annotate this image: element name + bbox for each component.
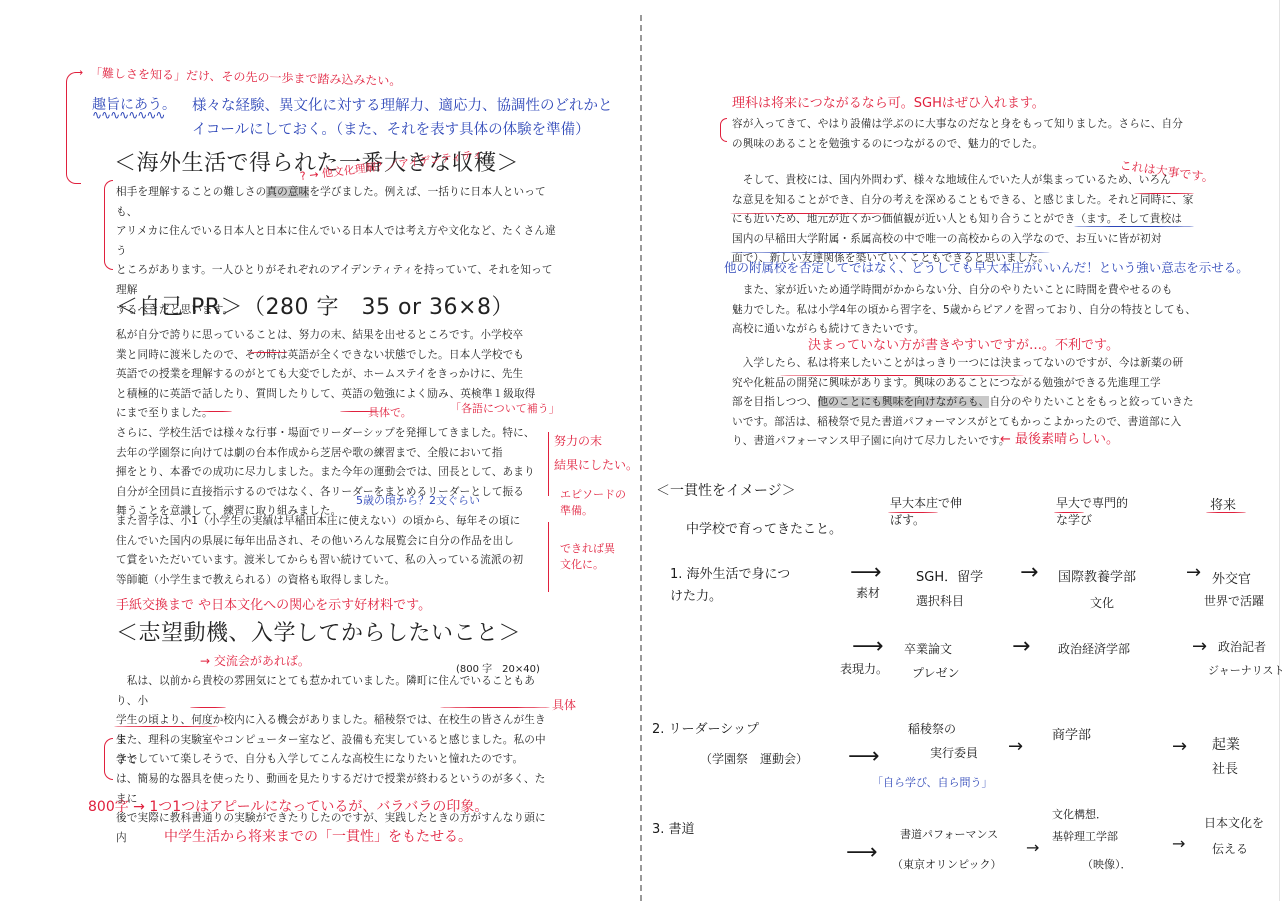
annotation-science-sgh: 理科は将来につながるなら可。SGHはぜひ入れます。 xyxy=(732,92,1045,111)
plan-row2-step1a: 稲稜祭の xyxy=(908,720,956,737)
plan-row2-step3a: 起業 xyxy=(1212,734,1240,754)
annotation-bottom-red: 手紙交換まで や日本文化への関心を示す好材料です。 xyxy=(116,594,431,613)
arrow-right-icon: ⟶ xyxy=(846,840,878,865)
plan-row1b-step2: 政治経済学部 xyxy=(1058,640,1130,657)
annotation-blue-age: 5歳の頃から？2文ぐらい xyxy=(356,492,480,508)
arrow-right-icon: → xyxy=(1192,636,1207,657)
arrow-right-icon: → xyxy=(1026,838,1039,857)
red-bracket-section1 xyxy=(104,180,113,270)
plan-row2-label: 2. リーダーシップ xyxy=(652,718,759,737)
wavy-underline: ∿∿∿∿∿∿∿∿ xyxy=(92,108,164,122)
plan-row2-step3b: 社長 xyxy=(1212,758,1238,777)
underline-zaikousei xyxy=(440,707,550,708)
annotation-gutai: 具体で。 xyxy=(368,404,412,420)
plan-row1-label: 1. 海外生活で身につけた力。 xyxy=(670,564,800,608)
annotation-consistency: 中学生活から将来までの「一貫性」をもたせる。 xyxy=(164,826,472,846)
underline-ironna xyxy=(1134,193,1194,194)
annotation-side-effort: 努力の末 xyxy=(554,432,602,449)
self-pr-paragraph-2: さらに、学校生活では様々な行事・場面でリーダーシップを発揮してきました。特に、 … xyxy=(116,424,556,522)
red-bracket-section3 xyxy=(104,738,113,780)
right-paragraph-3: また、家が近いため通学時間がかからない分、自分のやりたいことに時間を費やせるのも… xyxy=(732,281,1232,340)
annotation-blue-honjo: 他の附属校を否定してではなく、どうしても早大本庄がいいんだ！という強い意志を示せ… xyxy=(724,258,1249,276)
underline-tanoshisou xyxy=(114,726,218,727)
blue-underline-kokunai xyxy=(730,252,1050,253)
page-edge xyxy=(1279,0,1280,901)
plan-col-waseda: 早大で専門的な学び xyxy=(1056,494,1136,528)
annotation-undecided: 決まっていない方が書きやすいですが…。不利です。 xyxy=(808,334,1119,353)
plan-row1b-step3b: ジャーナリスト xyxy=(1208,662,1284,678)
annotation-kakugo: 「各語について補う」 xyxy=(450,400,560,416)
plan-row1-step2a: 国際教養学部 xyxy=(1058,566,1136,585)
plan-row2-step2: 商学部 xyxy=(1052,724,1091,743)
plan-row1-step3b: 世界で活躍 xyxy=(1204,592,1264,609)
section-heading-self-pr: ＜自己 PR＞（280 字 35 or 36×8） xyxy=(116,290,514,321)
arrow-right-icon: → xyxy=(1172,736,1187,757)
plan-row3-step2a: 文化構想． xyxy=(1052,806,1107,822)
plan-row3-step3b: 伝える xyxy=(1212,840,1248,857)
arrow-right-icon: → xyxy=(1012,634,1030,659)
underline-future xyxy=(1206,512,1246,513)
arrow-right-icon: → xyxy=(1186,562,1201,583)
section-heading-motivation: ＜志望動機、入学してからしたいこと＞ xyxy=(116,616,521,647)
annotation-blue-line2: イコールにしておく。（また、それを表す具体の体験を準備） xyxy=(192,118,590,139)
plan-row3-label: 3. 書道 xyxy=(652,818,695,837)
plan-row1-step2b: 文化 xyxy=(1090,594,1114,611)
plan-row3-step1b: （東京オリンピック） xyxy=(892,856,1002,872)
plan-col-honjo: 早大本庄で伸ばす。 xyxy=(890,494,970,528)
blue-underline-kikou xyxy=(1074,226,1194,227)
annotation-excellent-ending: ← 最後素晴らしい。 xyxy=(1000,428,1119,447)
annotation-side-result: 結果にしたい。 xyxy=(554,456,638,473)
arrow-right-icon: ⟶ xyxy=(848,744,880,769)
annotation-gutai-side: 具体 xyxy=(552,696,576,713)
plan-subtitle: 中学校で育ってきたこと。 xyxy=(686,518,842,537)
arrow-right-icon: ⟶ xyxy=(852,634,884,659)
red-side-line-2 xyxy=(548,522,549,592)
arrow-right-icon: → xyxy=(1172,834,1185,853)
right-paragraph-2: そして、貴校には、国内外問わず、様々な地域住んでいた人が集まっているため、いろん… xyxy=(732,171,1232,269)
plan-row2-step1b: 実行委員 xyxy=(930,744,978,761)
red-side-line-1 xyxy=(548,432,549,496)
red-arrow-icon: → xyxy=(74,66,83,79)
underline-iken xyxy=(730,213,894,214)
self-pr-paragraph-3: また習字は、小1（小学生の実績は早稲田本庄に使えない）の頃から、毎年その頃に 住… xyxy=(116,512,556,590)
annotation-side-episode: エピソードの準備。 xyxy=(560,486,630,518)
plan-row2-sub: （学園祭 運動会） xyxy=(700,750,808,767)
plan-row1b-step1a: 卒業論文 xyxy=(904,640,952,657)
annotation-top-red: 「難しさを知る」だけ、その先の一歩まで踏み込みたい。 xyxy=(90,64,402,89)
underline-honjo xyxy=(888,512,938,513)
arrow-right-icon: → xyxy=(1008,736,1023,757)
annotation-side-culture: できれば異文化に。 xyxy=(560,540,624,572)
plan-row3-step2c: （映像）． xyxy=(1082,856,1132,872)
plan-row1-step1a: SGH．留学 xyxy=(916,566,983,585)
strike-eigo-de xyxy=(200,411,232,412)
plan-row1-step3a: 外交官 xyxy=(1212,568,1251,587)
plan-title: ＜一貫性をイメージ＞ xyxy=(656,480,796,500)
annotation-blue-line1: 様々な経験、異文化に対する理解力、適応力、協調性のどれかと xyxy=(192,94,613,115)
arrow-right-icon: → xyxy=(1020,560,1038,585)
right-paragraph-1: 容が入ってきて、やはり設備は学ぶのに大事なのだなと身をもって知りました。さらに、… xyxy=(732,115,1232,154)
annotation-800-chars: 800字 → 1つ1つはアピールになっているが、バラバラの印象。 xyxy=(88,796,488,816)
red-bracket-right-top xyxy=(720,118,727,142)
underline-nandoka xyxy=(190,707,226,708)
underline-waseda xyxy=(1054,512,1084,513)
right-paragraph-4: 入学したら、私は将来したいことがはっきり一つには決まってないのですが、今は新薬の… xyxy=(732,354,1232,452)
plan-row3-step3a: 日本文化を xyxy=(1204,814,1264,831)
page-divider xyxy=(640,15,642,901)
plan-col-future: 将来 xyxy=(1210,494,1236,513)
plan-row3-step2b: 基幹理工学部 xyxy=(1052,828,1118,844)
arrow-right-icon: ⟶ xyxy=(850,560,882,585)
plan-row1b-label: 表現力。 xyxy=(840,660,888,677)
strike-sono-toki xyxy=(248,352,288,353)
plan-row1-sub: 素材 xyxy=(856,584,880,601)
plan-row3-step1a: 書道パフォーマンス xyxy=(900,826,998,842)
plan-row1b-step1b: プレゼン xyxy=(912,664,960,681)
plan-row1-step1b: 選択科目 xyxy=(916,592,964,609)
plan-row1b-step3a: 政治記者 xyxy=(1218,638,1266,655)
red-bracket-top xyxy=(66,72,81,184)
plan-row2-blue: 「自ら学び、自ら問う」 xyxy=(872,774,993,790)
annotation-exchange: → 交流会があれば。 xyxy=(200,652,310,669)
